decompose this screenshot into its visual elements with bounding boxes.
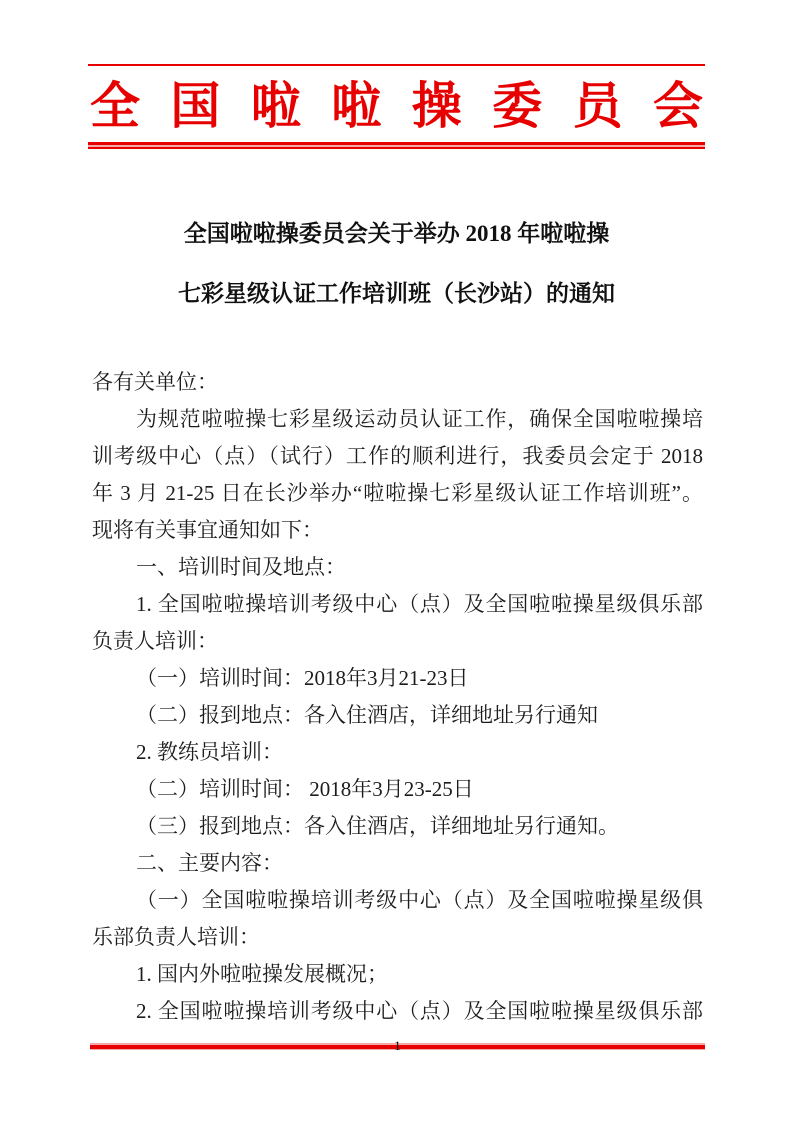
- body-line-place-2: （三）报到地点：各入住酒店，详细地址另行通知。: [92, 808, 703, 845]
- body-line-place-1: （二）报到地点：各入住酒店，详细地址另行通知: [92, 697, 703, 734]
- body-line-content-item-1: 1. 国内外啦啦操发展概况；: [92, 956, 703, 993]
- body-line-content-1-a: （一）全国啦啦操培训考级中心（点）及全国啦啦操星级俱: [92, 882, 703, 919]
- body-line-intro-1: 为规范啦啦操七彩星级运动员认证工作，确保全国啦啦操培: [92, 401, 703, 438]
- letterhead-double-rule: [88, 142, 705, 149]
- body-line-intro-4: 现将有关事宜通知如下：: [92, 512, 703, 549]
- document-title: 全国啦啦操委员会关于举办 2018 年啦啦操 七彩星级认证工作培训班（长沙站）的…: [88, 219, 705, 309]
- document-body: 各有关单位： 为规范啦啦操七彩星级运动员认证工作，确保全国啦啦操培 训考级中心（…: [92, 364, 703, 1030]
- title-line-1: 全国啦啦操委员会关于举办 2018 年啦啦操: [88, 219, 705, 249]
- body-line-intro-3: 年 3 月 21-25 日在长沙举办“啦啦操七彩星级认证工作培训班”。: [92, 475, 703, 512]
- body-line-item-2: 2. 教练员培训：: [92, 734, 703, 771]
- body-line-section-1-heading: 一、培训时间及地点：: [92, 549, 703, 586]
- body-line-time-1: （一）培训时间：2018年3月21-23日: [92, 660, 703, 697]
- title-line-2: 七彩星级认证工作培训班（长沙站）的通知: [88, 279, 705, 309]
- body-line-item-1-a: 1. 全国啦啦操培训考级中心（点）及全国啦啦操星级俱乐部: [92, 586, 703, 623]
- letterhead: 全国啦啦操委员会: [88, 64, 705, 149]
- body-line-content-item-2: 2. 全国啦啦操培训考级中心（点）及全国啦啦操星级俱乐部: [92, 993, 703, 1030]
- body-line-time-2: （二）培训时间： 2018年3月23-25日: [92, 771, 703, 808]
- body-line-content-1-b: 乐部负责人培训：: [92, 919, 703, 956]
- page-number: 1: [90, 1036, 705, 1056]
- letterhead-rule-bottom-band: [88, 147, 705, 149]
- page-footer: 1: [90, 1043, 705, 1050]
- body-line-salutation: 各有关单位：: [92, 364, 703, 401]
- document-page: 全国啦啦操委员会 全国啦啦操委员会关于举办 2018 年啦啦操 七彩星级认证工作…: [0, 0, 793, 1122]
- letterhead-top-rule: [88, 64, 705, 66]
- letterhead-title: 全国啦啦操委员会: [88, 74, 705, 138]
- body-line-section-2-heading: 二、主要内容：: [92, 845, 703, 882]
- body-line-intro-2: 训考级中心（点）（试行）工作的顺利进行，我委员会定于 2018: [92, 438, 703, 475]
- body-line-item-1-b: 负责人培训：: [92, 623, 703, 660]
